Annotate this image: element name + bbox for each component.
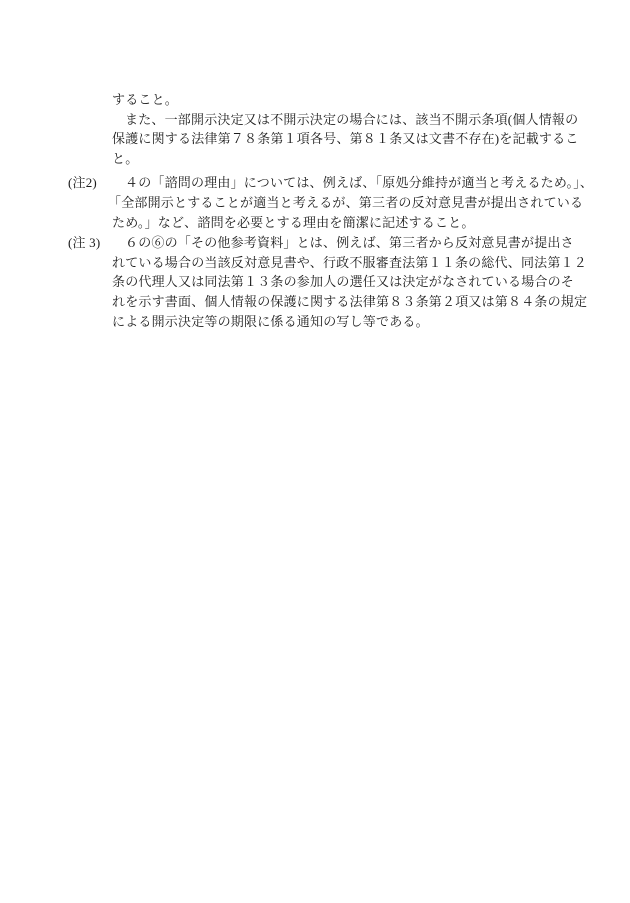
note-2-label: (注2) (68, 173, 97, 193)
page-content: すること。 また、一部開示決定又は不開示決定の場合には、該当不開示条項(個人情報… (0, 90, 610, 331)
text-line: また、一部開示決定又は不開示決定の場合には、該当不開示条項(個人情報の (125, 110, 610, 130)
text-line: れを示す書面、個人情報の保護に関する法律第８３条第２項又は第８４条の規定 (112, 292, 610, 312)
text-line: すること。 (112, 90, 610, 110)
text-line: れている場合の当該反対意見書や、行政不服審査法第１１条の総代、同法第１２ (112, 253, 610, 273)
text-line: ため。」など、諮問を必要とする理由を簡潔に記述すること。 (112, 213, 610, 233)
note-2: (注2) ４の「諮問の理由」については、例えば、「原処分維持が適当と考えるため。… (0, 173, 610, 232)
text-line: ６の⑥の「その他参考資料」とは、例えば、第三者から反対意見書が提出さ (125, 233, 610, 253)
text-line: と。 (112, 149, 610, 169)
note-3-label: (注 3) (68, 233, 100, 253)
continuation-paragraph: すること。 また、一部開示決定又は不開示決定の場合には、該当不開示条項(個人情報… (0, 90, 610, 168)
text-line: 条の代理人又は同法第１３条の参加人の選任又は決定がなされている場合のそ (112, 272, 610, 292)
note-3: (注 3) ６の⑥の「その他参考資料」とは、例えば、第三者から反対意見書が提出さ… (0, 233, 610, 331)
text-line: による開示決定等の期限に係る通知の写し等である。 (112, 312, 610, 332)
document-page: すること。 また、一部開示決定又は不開示決定の場合には、該当不開示条項(個人情報… (0, 0, 630, 903)
text-line: ４の「諮問の理由」については、例えば、「原処分維持が適当と考えるため。」、 (125, 173, 610, 193)
text-line: 保護に関する法律第７８条第１項各号、第８１条又は文書不存在)を記載するこ (112, 129, 610, 149)
text-line: 「全部開示とすることが適当と考えるが、第三者の反対意見書が提出されている (108, 193, 610, 213)
